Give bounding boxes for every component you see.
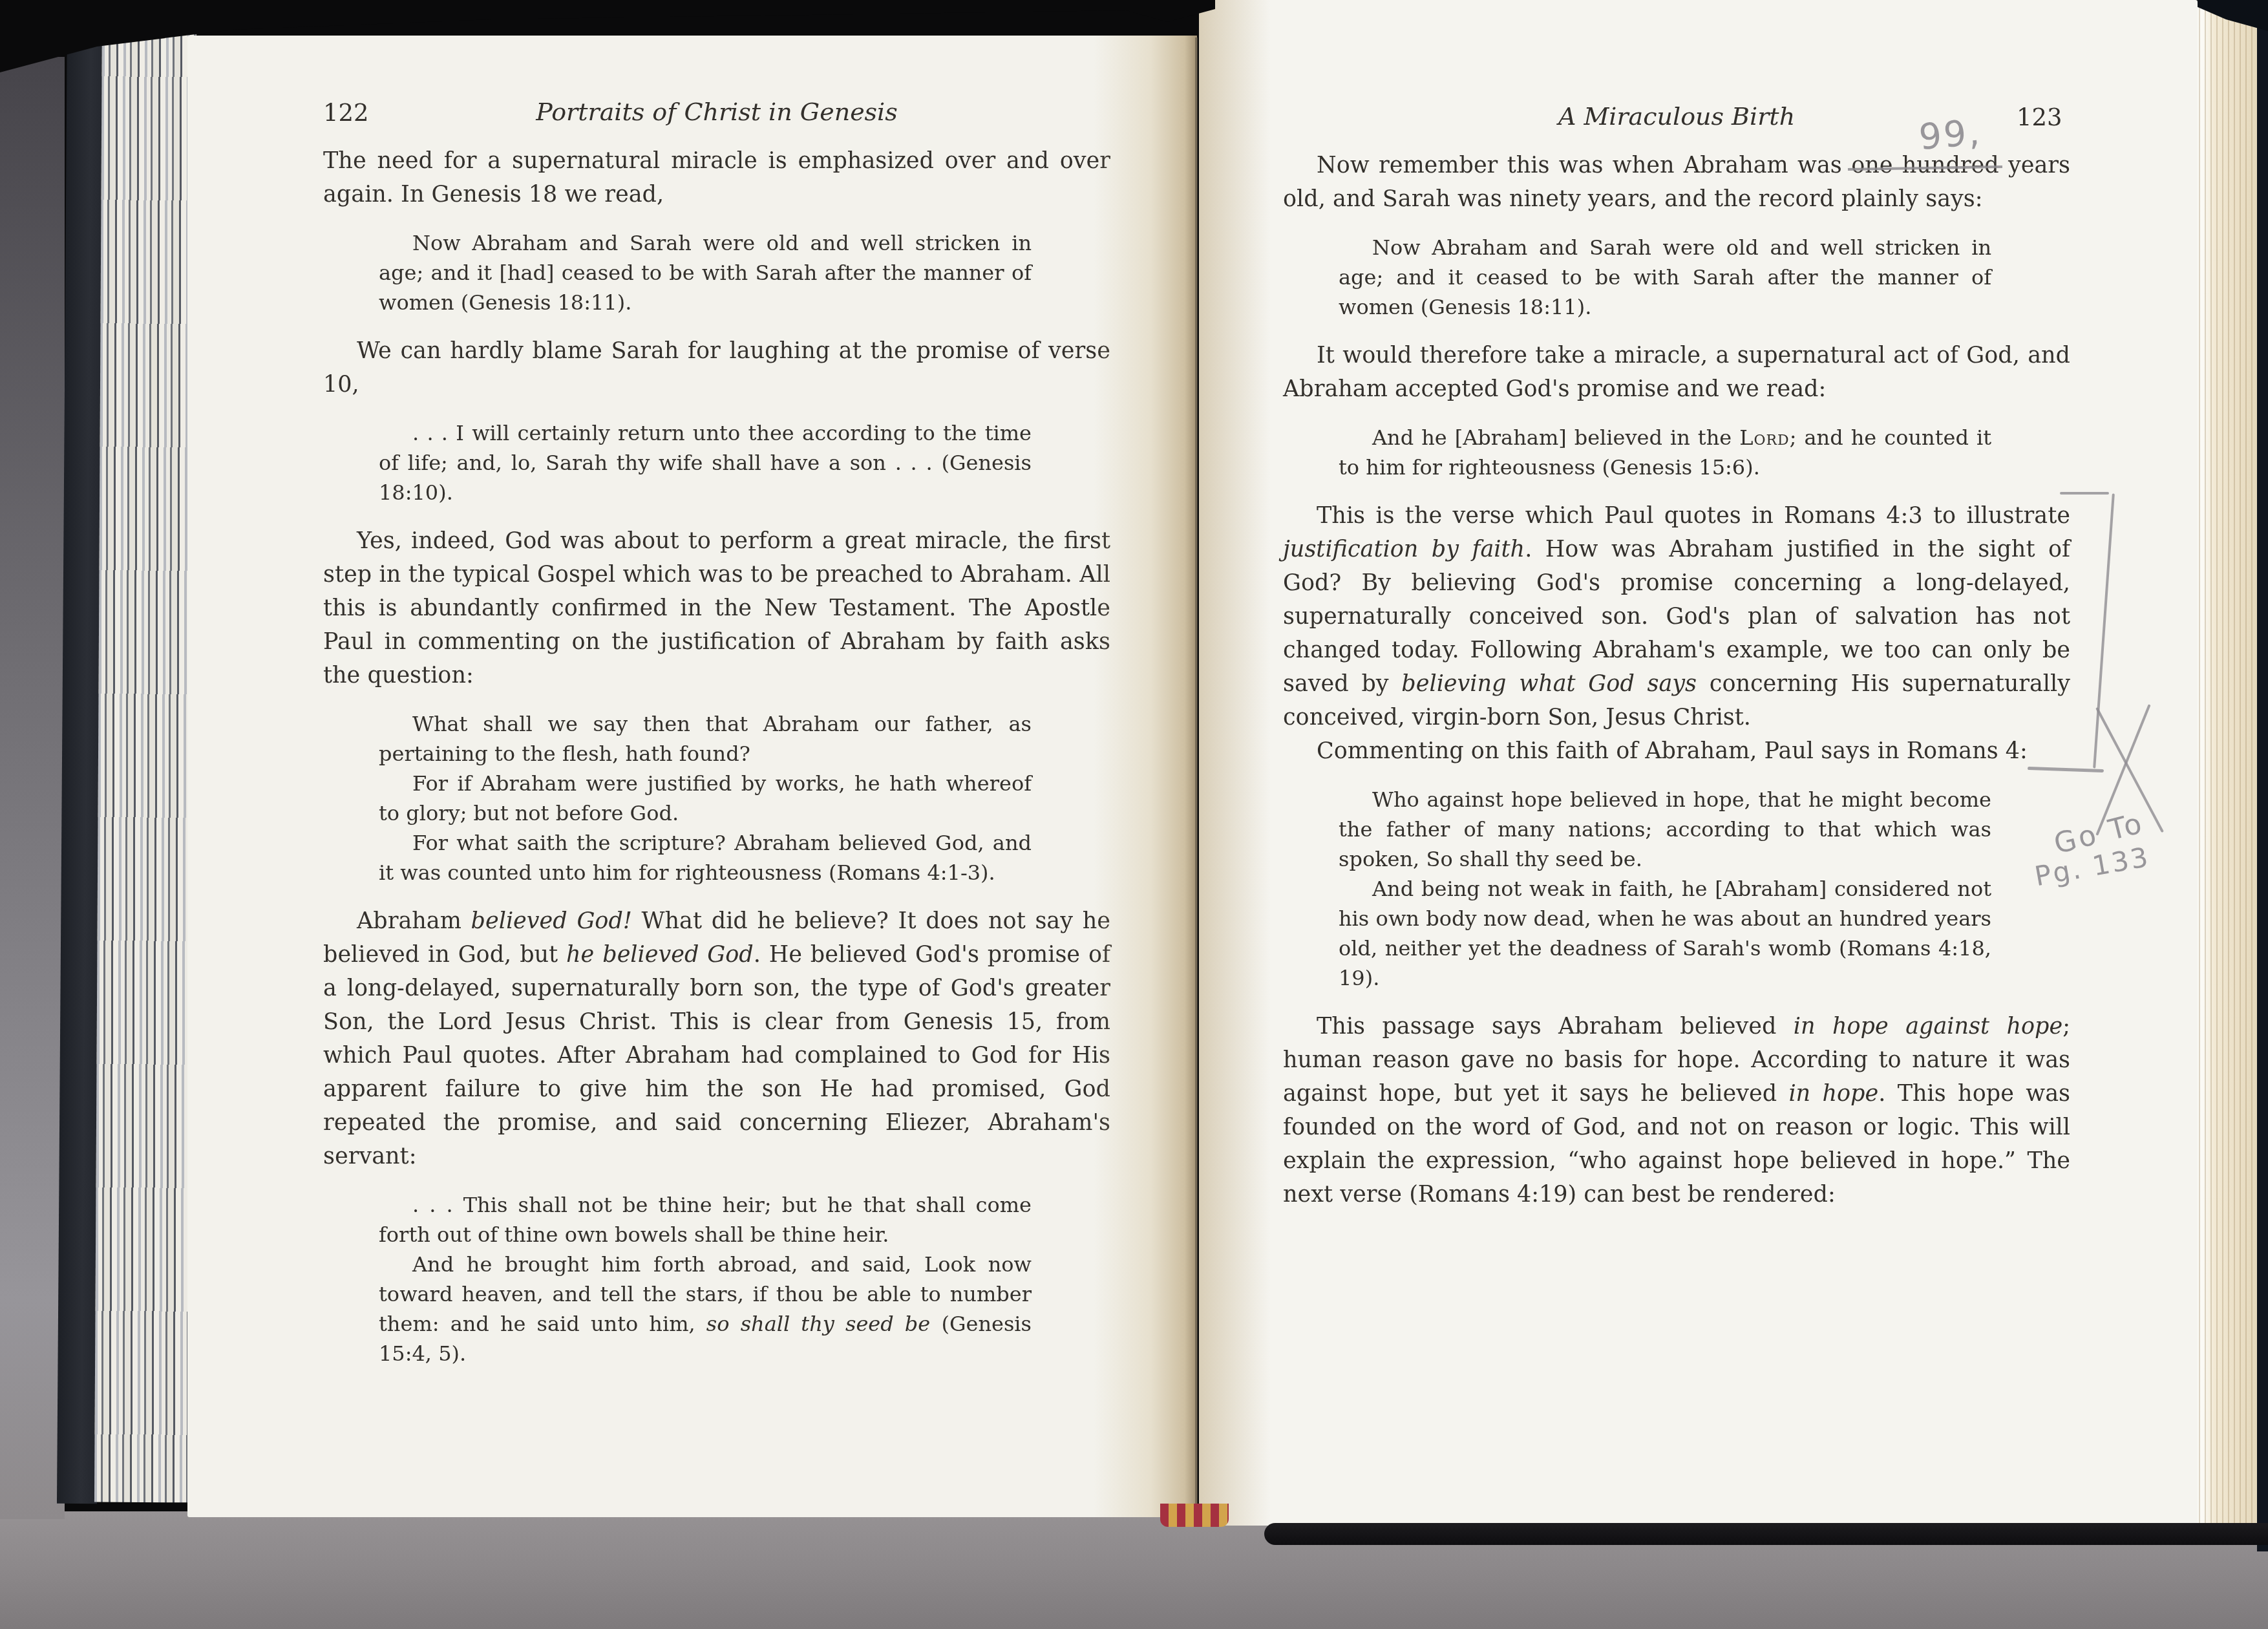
page-number-right: 123	[2017, 103, 2062, 131]
left-page: 122 Portraits of Christ in Genesis The n…	[187, 36, 1197, 1517]
book-cover-bottom-edge	[1264, 1523, 2268, 1545]
block-quote: For what saith the scripture? Abraham be…	[379, 828, 1032, 888]
block-quote: Now Abraham and Sarah were old and well …	[379, 228, 1032, 317]
scanner-background-left	[0, 57, 65, 1519]
page-fore-edges-left	[94, 9, 196, 1503]
page-body-text-right: Now remember this was when Abraham was o…	[1283, 149, 2070, 1211]
block-quote: And he brought him forth abroad, and sai…	[379, 1250, 1032, 1368]
pencil-margin-bracket	[2093, 493, 2115, 768]
page-fore-edges-right	[2189, 0, 2261, 1531]
gutter-shadow-left	[1094, 36, 1197, 1517]
block-quote: And being not weak in faith, he [Abraham…	[1339, 874, 1991, 993]
body-paragraph: We can hardly blame Sarah for laughing a…	[323, 334, 1110, 401]
spine-headband	[1160, 1504, 1229, 1527]
body-paragraph: The need for a supernatural miracle is e…	[323, 144, 1110, 211]
right-page: A Miraculous Birth 123 Now remember this…	[1199, 0, 2198, 1526]
block-quote: Who against hope believed in hope, that …	[1339, 785, 1991, 874]
gutter-crease	[1195, 37, 1198, 1514]
body-paragraph: Yes, indeed, God was about to perform a …	[323, 524, 1110, 692]
block-quote: What shall we say then that Abraham our …	[379, 709, 1032, 769]
pencil-margin-bracket-top	[2060, 492, 2109, 495]
block-quote: Now Abraham and Sarah were old and well …	[1339, 233, 1991, 322]
book-scan: 122 Portraits of Christ in Genesis The n…	[0, 0, 2268, 1629]
body-paragraph: It would therefore take a miracle, a sup…	[1283, 339, 2070, 406]
block-quote: . . . This shall not be thine heir; but …	[379, 1190, 1032, 1250]
pencil-note-corrected-age: 99,	[1917, 111, 1983, 158]
body-paragraph: This is the verse which Paul quotes in R…	[1283, 499, 2070, 734]
body-paragraph: Abraham believed God! What did he believ…	[323, 904, 1110, 1173]
body-paragraph: Commenting on this faith of Abraham, Pau…	[1283, 734, 2070, 768]
block-quote: And he [Abraham] believed in the Lord; a…	[1339, 423, 1991, 482]
block-quote: . . . I will certainly return unto thee …	[379, 418, 1032, 507]
book-cover-edge-right	[2257, 0, 2268, 1551]
block-quote: For if Abraham were justified by works, …	[379, 769, 1032, 828]
gutter-shadow-right	[1199, 0, 1270, 1526]
body-paragraph: Now remember this was when Abraham was o…	[1283, 149, 2070, 216]
body-paragraph: This passage says Abraham believed in ho…	[1283, 1010, 2070, 1211]
running-header-left: Portraits of Christ in Genesis	[323, 98, 1110, 126]
page-body-text-left: The need for a supernatural miracle is e…	[323, 144, 1110, 1385]
